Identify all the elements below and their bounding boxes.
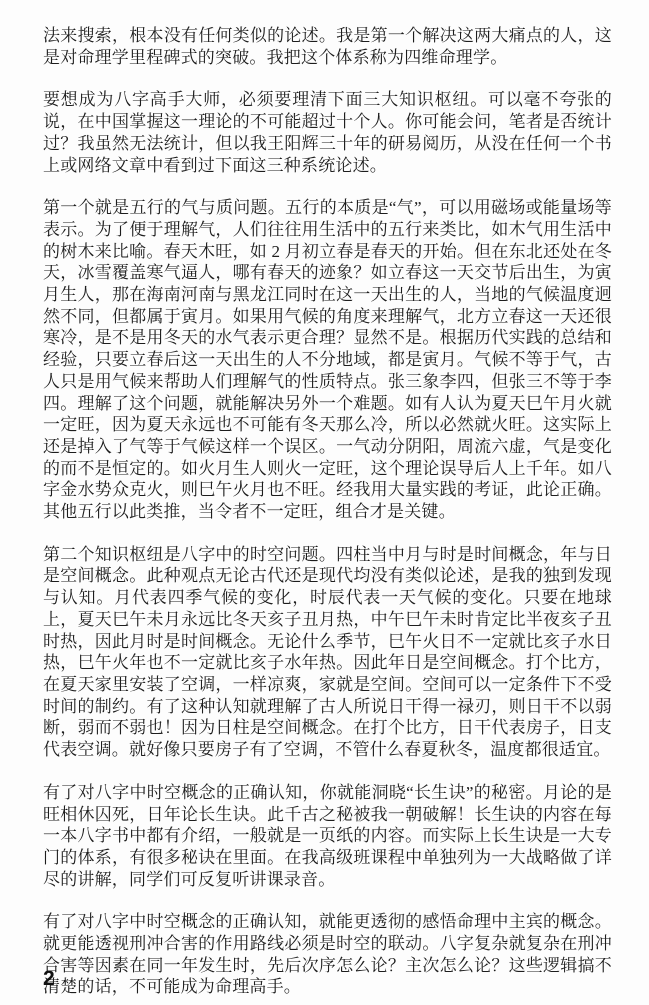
paragraph-continuation: 法来搜索，根本没有任何类似的论述。我是第一个解决这两大痛点的人，这是对命理学里程…	[43, 25, 612, 68]
paragraph-host-guest-concept: 有了对八字中时空概念的正确认知，就能更透彻的感悟命理中主宾的概念。就更能透视刑冲…	[43, 911, 612, 998]
paragraph-changsheng-jue-secret: 有了对八字中时空概念的正确认知，你就能洞晓“长生诀”的秘密。月论的是旺相休囚死，…	[43, 782, 612, 891]
document-page: 法来搜索，根本没有任何类似的论述。我是第一个解决这两大痛点的人，这是对命理学里程…	[0, 0, 649, 1005]
page-number: 2	[43, 967, 55, 991]
page-content: 法来搜索，根本没有任何类似的论述。我是第一个解决这两大痛点的人，这是对命理学里程…	[43, 25, 612, 998]
paragraph-first-hub-qi-vs-substance: 第一个就是五行的气与质问题。五行的本质是“气”，可以用磁场或能量场等表示。为了便…	[43, 197, 612, 523]
paragraph-three-knowledge-hubs: 要想成为八字高手大师，必须要理清下面三大知识枢纽。可以毫不夸张的说，在中国掌握这…	[43, 89, 612, 176]
paragraph-second-hub-time-space: 第二个知识枢纽是八字中的时空问题。四柱当中月与时是时间概念，年与日是空间概念。此…	[43, 544, 612, 761]
